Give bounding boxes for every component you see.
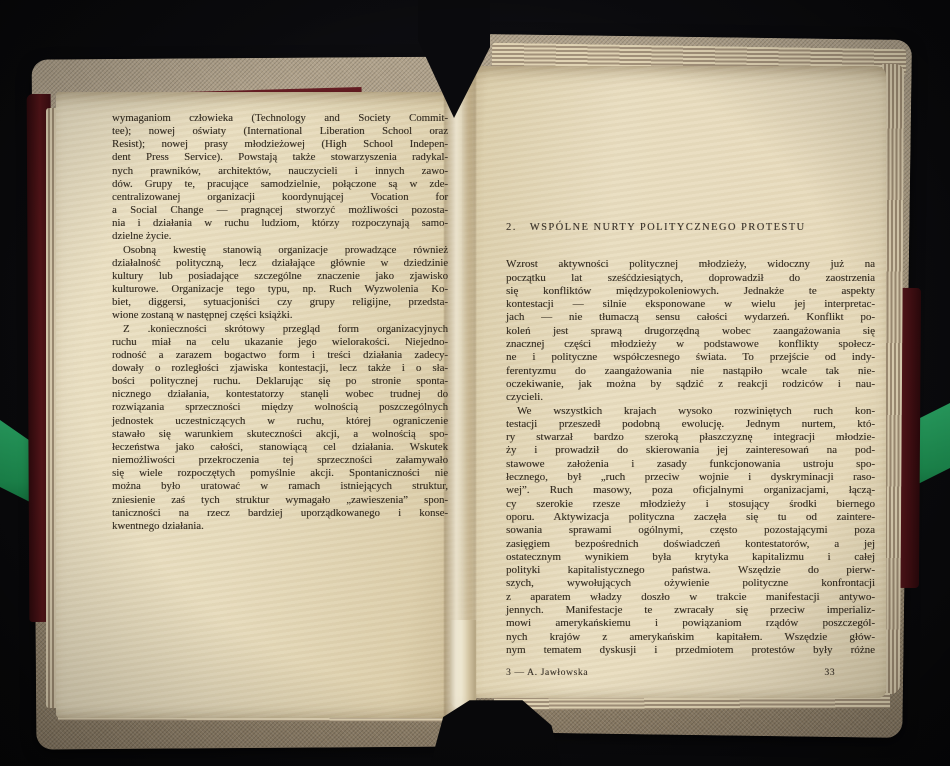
text-line: oporu. Aktywizacja polityczna zaczęła si… [506, 511, 875, 524]
chapter-heading: 2.WSPÓLNE NURTY POLITYCZNEGO PROTESTU [506, 221, 875, 234]
text-line: koleń jest sprawą drugorzędną wobec zaan… [506, 325, 875, 338]
paragraph: Osobną kwestię stanowią organizacje prow… [112, 244, 448, 323]
text-line: się wiele rozpoczętych pomyślnie akcji. … [112, 467, 448, 480]
photo-background: wymaganiom człowieka (Technology and Soc… [0, 0, 950, 766]
text-line: dowały o rozległości zjawiska kontestacj… [112, 362, 448, 375]
text-line: ostatecznym wynikiem była krytyka kapita… [506, 551, 875, 564]
text-line: testacji przeszedł podobną ewolucję. Jed… [506, 418, 875, 431]
text-line: taniczności na rzecz bardziej uporządkow… [112, 507, 448, 520]
text-line: zniesienie zaś tych struktur wymagało „z… [112, 494, 448, 507]
text-line: dent Press Service). Powstają także stow… [112, 151, 448, 164]
text-line: dzielne życie. [112, 230, 448, 243]
text-line: nych krajów z amerykańskim kapitałem. Ws… [506, 631, 875, 644]
text-line: czycieli. [506, 391, 875, 404]
text-line: oczekiwanie, jak można by sądzić z reakc… [506, 378, 875, 391]
text-line: stawało się warunkiem skuteczności akcji… [112, 428, 448, 441]
paragraph: We wszystkich krajach wysoko rozwiniętyc… [506, 405, 875, 658]
text-line: biet, diggersi, sytuacjoniści czy grupy … [112, 296, 448, 309]
text-line: rodność a zarazem bogactwo form i treści… [112, 349, 448, 362]
text-line: mowi amerykańskiemu i powiązaniom rządów… [506, 617, 875, 630]
text-line: We wszystkich krajach wysoko rozwiniętyc… [506, 405, 875, 418]
text-line: a Social Change — pragnącej stworzyć moż… [112, 204, 448, 217]
text-line: ne i polityczne współczesnego świata. To… [506, 351, 875, 364]
text-line: polityki kapitalistycznego państwa. Wszę… [506, 564, 875, 577]
text-line: tee); nowej oświaty (International Liber… [112, 125, 448, 138]
printer-signature: 3 — A. Jawłowska [506, 666, 588, 679]
text-line: szych, wywołujących ożywienie polityczne… [506, 577, 875, 590]
text-line: łecznego, był „ruch przeciw wojnie i dys… [506, 471, 875, 484]
text-line: jednostek uczestniczących w ruchu, które… [112, 415, 448, 428]
text-line: bości politycznej ruchu. Deklarując się … [112, 375, 448, 388]
text-line: sowania sprawami ogólnymi, często pozost… [506, 524, 875, 537]
text-line: jach — nie tłumaczą sensu całości wydarz… [506, 311, 875, 324]
text-line: kulturowe. Organizacje tego typu, np. Ru… [112, 283, 448, 296]
text-line: wymaganiom człowieka (Technology and Soc… [112, 112, 448, 125]
text-line: znacznej części młodzieży w podstawowe k… [506, 338, 875, 351]
left-page-text: wymaganiom człowieka (Technology and Soc… [112, 112, 448, 533]
text-line: działalność polityczną, lecz działające … [112, 257, 448, 270]
text-line: łeczeństwa jako całości, stanowiącą cel … [112, 441, 448, 454]
right-page-paragraphs: Wzrost aktywności politycznej młodzieży,… [506, 258, 875, 657]
text-line: ży i prowadził do skierowania jej zainte… [506, 444, 875, 457]
text-line: wione zostaną w następnej części książki… [112, 309, 448, 322]
text-line: stawowe założenia i zasady funkcjonowani… [506, 458, 875, 471]
paragraph: Wzrost aktywności politycznej młodzieży,… [506, 258, 875, 404]
page-number: 33 [824, 666, 835, 679]
text-line: nych prawników, architektów, nauczycieli… [112, 165, 448, 178]
text-line: centralizowanej organizacji koordynujące… [112, 191, 448, 204]
text-line: dów. Grupy te, pracujące samodzielnie, p… [112, 178, 448, 191]
text-line: się konfliktów międzypokoleniowych. Jedn… [506, 285, 875, 298]
text-line: niemożliwości przekroczenia tej sprzeczn… [112, 454, 448, 467]
text-line: nicznego działania, kontestatorzy stanęl… [112, 388, 448, 401]
text-line: ry stwarzał bardzo szeroką płaszczyznę i… [506, 431, 875, 444]
text-line: Osobną kwestię stanowią organizacje prow… [112, 244, 448, 257]
text-line: kontestacji — silnie eksponowane w wielu… [506, 298, 875, 311]
text-line: Wzrost aktywności politycznej młodzieży,… [506, 258, 875, 271]
chapter-heading-text: WSPÓLNE NURTY POLITYCZNEGO PROTESTU [530, 222, 806, 233]
text-line: jennych. Manifestacje te zwracały się pr… [506, 604, 875, 617]
text-line: nia i działania w ruchu ludziom, którzy … [112, 217, 448, 230]
text-line: kwentnego działania. [112, 520, 448, 533]
text-line: cy szerokie rzesze młodzieży i stosujący… [506, 498, 875, 511]
text-line: wej”. Ruch masowy, poza oficjalnymi orga… [506, 484, 875, 497]
text-line: rozwiązania sprzeczności między wolności… [112, 401, 448, 414]
text-line: Z .konieczności skrótowy przegląd form o… [112, 323, 448, 336]
page-footer: 3 — A. Jawłowska 33 [506, 666, 875, 679]
text-line: zasięgiem bezpośrednich doświadczeń kont… [506, 538, 875, 551]
spine-binding-fold [450, 620, 476, 708]
text-line: Resist); nowej prasy młodzieżowej (High … [112, 138, 448, 151]
text-line: nym tematem dyskusji i przedmiotem prote… [506, 644, 875, 657]
paragraph: wymaganiom człowieka (Technology and Soc… [112, 112, 448, 244]
text-line: początku lat sześćdziesiątych, doprowadz… [506, 272, 875, 285]
text-line: ruchu miał na celu ukazanie jego wielora… [112, 336, 448, 349]
chapter-number: 2. [506, 222, 517, 233]
text-line: można było uratować w ramach istniejącyc… [112, 480, 448, 493]
text-line: z aparatem władzy doszło w trakcie manif… [506, 591, 875, 604]
text-line: ferentyzmu do zaangażowania nie nastąpił… [506, 365, 875, 378]
right-page-text: 2.WSPÓLNE NURTY POLITYCZNEGO PROTESTU Wz… [506, 221, 875, 680]
paragraph: Z .konieczności skrótowy przegląd form o… [112, 323, 448, 534]
text-line: kultury lub posiadające szczególne znacz… [112, 270, 448, 283]
